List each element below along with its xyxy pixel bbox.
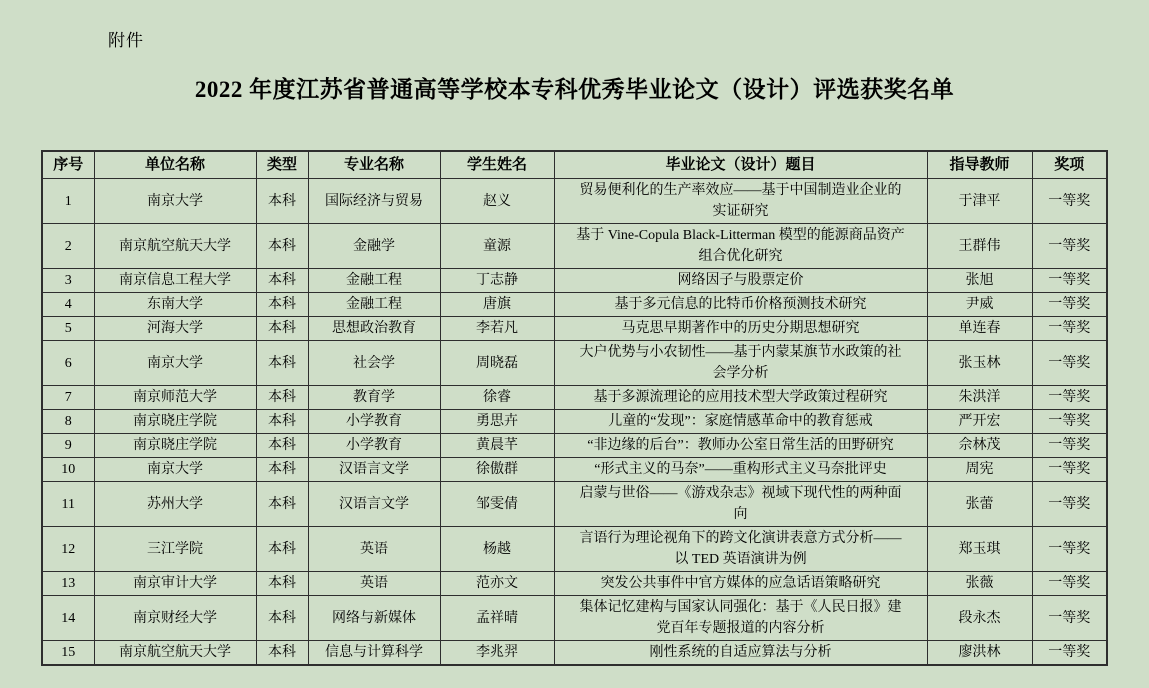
cell-advisor: 廖洪林 — [927, 641, 1032, 666]
cell-no: 1 — [42, 179, 94, 224]
cell-award: 一等奖 — [1032, 596, 1107, 641]
cell-student: 勇思卉 — [440, 410, 554, 434]
cell-major: 国际经济与贸易 — [308, 179, 440, 224]
cell-thesis-title: 刚性系统的自适应算法与分析 — [554, 641, 927, 666]
cell-institution: 苏州大学 — [94, 482, 256, 527]
cell-student: 孟祥晴 — [440, 596, 554, 641]
cell-no: 10 — [42, 458, 94, 482]
cell-no: 13 — [42, 572, 94, 596]
cell-institution: 南京航空航天大学 — [94, 641, 256, 666]
cell-award: 一等奖 — [1032, 410, 1107, 434]
cell-major: 汉语言文学 — [308, 458, 440, 482]
cell-student: 丁志静 — [440, 269, 554, 293]
cell-award: 一等奖 — [1032, 293, 1107, 317]
cell-award: 一等奖 — [1032, 641, 1107, 666]
table-row: 7南京师范大学本科教育学徐睿基于多源流理论的应用技术型大学政策过程研究朱洪洋一等… — [42, 386, 1107, 410]
cell-thesis-title: 集体记忆建构与国家认同强化：基于《人民日报》建党百年专题报道的内容分析 — [554, 596, 927, 641]
cell-advisor: 张薇 — [927, 572, 1032, 596]
cell-advisor: 周宪 — [927, 458, 1032, 482]
cell-thesis-title: 马克思早期著作中的历史分期思想研究 — [554, 317, 927, 341]
cell-no: 7 — [42, 386, 94, 410]
column-header: 奖项 — [1032, 151, 1107, 179]
cell-advisor: 严开宏 — [927, 410, 1032, 434]
table-row: 9南京晓庄学院本科小学教育黄晨芊“非边缘的后台”：教师办公室日常生活的田野研究佘… — [42, 434, 1107, 458]
attachment-label: 附件 — [108, 26, 1149, 51]
cell-no: 14 — [42, 596, 94, 641]
cell-thesis-title: 言语行为理论视角下的跨文化演讲表意方式分析——以 TED 英语演讲为例 — [554, 527, 927, 572]
cell-type: 本科 — [256, 341, 308, 386]
cell-thesis-title: 大户优势与小农韧性——基于内蒙某旗节水政策的社会学分析 — [554, 341, 927, 386]
cell-type: 本科 — [256, 458, 308, 482]
cell-no: 6 — [42, 341, 94, 386]
table-row: 2南京航空航天大学本科金融学童源基于 Vine-Copula Black-Lit… — [42, 224, 1107, 269]
cell-major: 思想政治教育 — [308, 317, 440, 341]
column-header: 单位名称 — [94, 151, 256, 179]
cell-institution: 南京审计大学 — [94, 572, 256, 596]
cell-major: 网络与新媒体 — [308, 596, 440, 641]
cell-institution: 南京晓庄学院 — [94, 410, 256, 434]
cell-advisor: 于津平 — [927, 179, 1032, 224]
cell-type: 本科 — [256, 293, 308, 317]
cell-major: 汉语言文学 — [308, 482, 440, 527]
cell-institution: 南京晓庄学院 — [94, 434, 256, 458]
cell-thesis-title: 贸易便利化的生产率效应——基于中国制造业企业的实证研究 — [554, 179, 927, 224]
cell-thesis-title: 启蒙与世俗——《游戏杂志》视域下现代性的两种面向 — [554, 482, 927, 527]
cell-major: 小学教育 — [308, 410, 440, 434]
cell-thesis-title: 儿童的“发现”：家庭情感革命中的教育惩戒 — [554, 410, 927, 434]
table-row: 11苏州大学本科汉语言文学邹雯倩启蒙与世俗——《游戏杂志》视域下现代性的两种面向… — [42, 482, 1107, 527]
cell-no: 12 — [42, 527, 94, 572]
cell-type: 本科 — [256, 179, 308, 224]
cell-thesis-title: “形式主义的马奈”——重构形式主义马奈批评史 — [554, 458, 927, 482]
cell-student: 杨越 — [440, 527, 554, 572]
table-row: 1南京大学本科国际经济与贸易赵义贸易便利化的生产率效应——基于中国制造业企业的实… — [42, 179, 1107, 224]
cell-major: 信息与计算科学 — [308, 641, 440, 666]
cell-major: 金融工程 — [308, 269, 440, 293]
cell-major: 英语 — [308, 527, 440, 572]
cell-thesis-title: 突发公共事件中官方媒体的应急话语策略研究 — [554, 572, 927, 596]
table-row: 14南京财经大学本科网络与新媒体孟祥晴集体记忆建构与国家认同强化：基于《人民日报… — [42, 596, 1107, 641]
cell-student: 赵义 — [440, 179, 554, 224]
cell-no: 4 — [42, 293, 94, 317]
column-header: 学生姓名 — [440, 151, 554, 179]
cell-award: 一等奖 — [1032, 179, 1107, 224]
cell-no: 5 — [42, 317, 94, 341]
cell-type: 本科 — [256, 572, 308, 596]
table-row: 6南京大学本科社会学周晓磊大户优势与小农韧性——基于内蒙某旗节水政策的社会学分析… — [42, 341, 1107, 386]
cell-student: 黄晨芊 — [440, 434, 554, 458]
cell-no: 3 — [42, 269, 94, 293]
table-row: 10南京大学本科汉语言文学徐傲群“形式主义的马奈”——重构形式主义马奈批评史周宪… — [42, 458, 1107, 482]
cell-advisor: 朱洪洋 — [927, 386, 1032, 410]
cell-student: 范亦文 — [440, 572, 554, 596]
table-row: 12三江学院本科英语杨越言语行为理论视角下的跨文化演讲表意方式分析——以 TED… — [42, 527, 1107, 572]
cell-institution: 三江学院 — [94, 527, 256, 572]
cell-major: 金融工程 — [308, 293, 440, 317]
table-body: 1南京大学本科国际经济与贸易赵义贸易便利化的生产率效应——基于中国制造业企业的实… — [42, 179, 1107, 666]
cell-type: 本科 — [256, 641, 308, 666]
cell-type: 本科 — [256, 386, 308, 410]
cell-no: 15 — [42, 641, 94, 666]
cell-award: 一等奖 — [1032, 572, 1107, 596]
cell-award: 一等奖 — [1032, 386, 1107, 410]
cell-institution: 南京大学 — [94, 179, 256, 224]
cell-no: 8 — [42, 410, 94, 434]
awards-table: 序号单位名称类型专业名称学生姓名毕业论文（设计）题目指导教师奖项 1南京大学本科… — [41, 150, 1108, 666]
cell-student: 邹雯倩 — [440, 482, 554, 527]
table-row: 5河海大学本科思想政治教育李若凡马克思早期著作中的历史分期思想研究单连春一等奖 — [42, 317, 1107, 341]
cell-thesis-title: “非边缘的后台”：教师办公室日常生活的田野研究 — [554, 434, 927, 458]
cell-type: 本科 — [256, 317, 308, 341]
column-header: 类型 — [256, 151, 308, 179]
cell-institution: 南京大学 — [94, 341, 256, 386]
cell-institution: 南京航空航天大学 — [94, 224, 256, 269]
cell-major: 社会学 — [308, 341, 440, 386]
cell-award: 一等奖 — [1032, 317, 1107, 341]
table-row: 3南京信息工程大学本科金融工程丁志静网络因子与股票定价张旭一等奖 — [42, 269, 1107, 293]
cell-no: 11 — [42, 482, 94, 527]
cell-institution: 南京大学 — [94, 458, 256, 482]
cell-major: 小学教育 — [308, 434, 440, 458]
cell-advisor: 王群伟 — [927, 224, 1032, 269]
cell-type: 本科 — [256, 269, 308, 293]
cell-institution: 河海大学 — [94, 317, 256, 341]
cell-award: 一等奖 — [1032, 341, 1107, 386]
cell-thesis-title: 基于多元信息的比特币价格预测技术研究 — [554, 293, 927, 317]
page-title: 2022 年度江苏省普通高等学校本专科优秀毕业论文（设计）评选获奖名单 — [0, 71, 1149, 104]
cell-advisor: 单连春 — [927, 317, 1032, 341]
cell-institution: 南京师范大学 — [94, 386, 256, 410]
cell-student: 李若凡 — [440, 317, 554, 341]
cell-type: 本科 — [256, 596, 308, 641]
column-header: 序号 — [42, 151, 94, 179]
cell-type: 本科 — [256, 410, 308, 434]
cell-institution: 东南大学 — [94, 293, 256, 317]
column-header: 专业名称 — [308, 151, 440, 179]
cell-advisor: 张蕾 — [927, 482, 1032, 527]
cell-award: 一等奖 — [1032, 269, 1107, 293]
cell-no: 9 — [42, 434, 94, 458]
table-row: 13南京审计大学本科英语范亦文突发公共事件中官方媒体的应急话语策略研究张薇一等奖 — [42, 572, 1107, 596]
cell-thesis-title: 基于 Vine-Copula Black-Litterman 模型的能源商品资产… — [554, 224, 927, 269]
cell-institution: 南京财经大学 — [94, 596, 256, 641]
cell-award: 一等奖 — [1032, 482, 1107, 527]
column-header: 毕业论文（设计）题目 — [554, 151, 927, 179]
cell-student: 徐傲群 — [440, 458, 554, 482]
document-page: 附件 2022 年度江苏省普通高等学校本专科优秀毕业论文（设计）评选获奖名单 序… — [0, 26, 1149, 666]
cell-type: 本科 — [256, 482, 308, 527]
cell-type: 本科 — [256, 434, 308, 458]
cell-advisor: 张旭 — [927, 269, 1032, 293]
cell-type: 本科 — [256, 527, 308, 572]
cell-student: 周晓磊 — [440, 341, 554, 386]
cell-advisor: 段永杰 — [927, 596, 1032, 641]
cell-award: 一等奖 — [1032, 527, 1107, 572]
cell-award: 一等奖 — [1032, 458, 1107, 482]
cell-award: 一等奖 — [1032, 434, 1107, 458]
table-header-row: 序号单位名称类型专业名称学生姓名毕业论文（设计）题目指导教师奖项 — [42, 151, 1107, 179]
table-row: 8南京晓庄学院本科小学教育勇思卉儿童的“发现”：家庭情感革命中的教育惩戒严开宏一… — [42, 410, 1107, 434]
cell-no: 2 — [42, 224, 94, 269]
cell-institution: 南京信息工程大学 — [94, 269, 256, 293]
cell-advisor: 郑玉琪 — [927, 527, 1032, 572]
cell-advisor: 尹威 — [927, 293, 1032, 317]
table-row: 15南京航空航天大学本科信息与计算科学李兆羿刚性系统的自适应算法与分析廖洪林一等… — [42, 641, 1107, 666]
cell-thesis-title: 基于多源流理论的应用技术型大学政策过程研究 — [554, 386, 927, 410]
cell-major: 教育学 — [308, 386, 440, 410]
table-row: 4东南大学本科金融工程唐旗基于多元信息的比特币价格预测技术研究尹威一等奖 — [42, 293, 1107, 317]
cell-advisor: 佘林茂 — [927, 434, 1032, 458]
cell-student: 童源 — [440, 224, 554, 269]
cell-student: 徐睿 — [440, 386, 554, 410]
cell-advisor: 张玉林 — [927, 341, 1032, 386]
cell-award: 一等奖 — [1032, 224, 1107, 269]
cell-thesis-title: 网络因子与股票定价 — [554, 269, 927, 293]
cell-type: 本科 — [256, 224, 308, 269]
cell-major: 金融学 — [308, 224, 440, 269]
cell-major: 英语 — [308, 572, 440, 596]
cell-student: 李兆羿 — [440, 641, 554, 666]
column-header: 指导教师 — [927, 151, 1032, 179]
cell-student: 唐旗 — [440, 293, 554, 317]
